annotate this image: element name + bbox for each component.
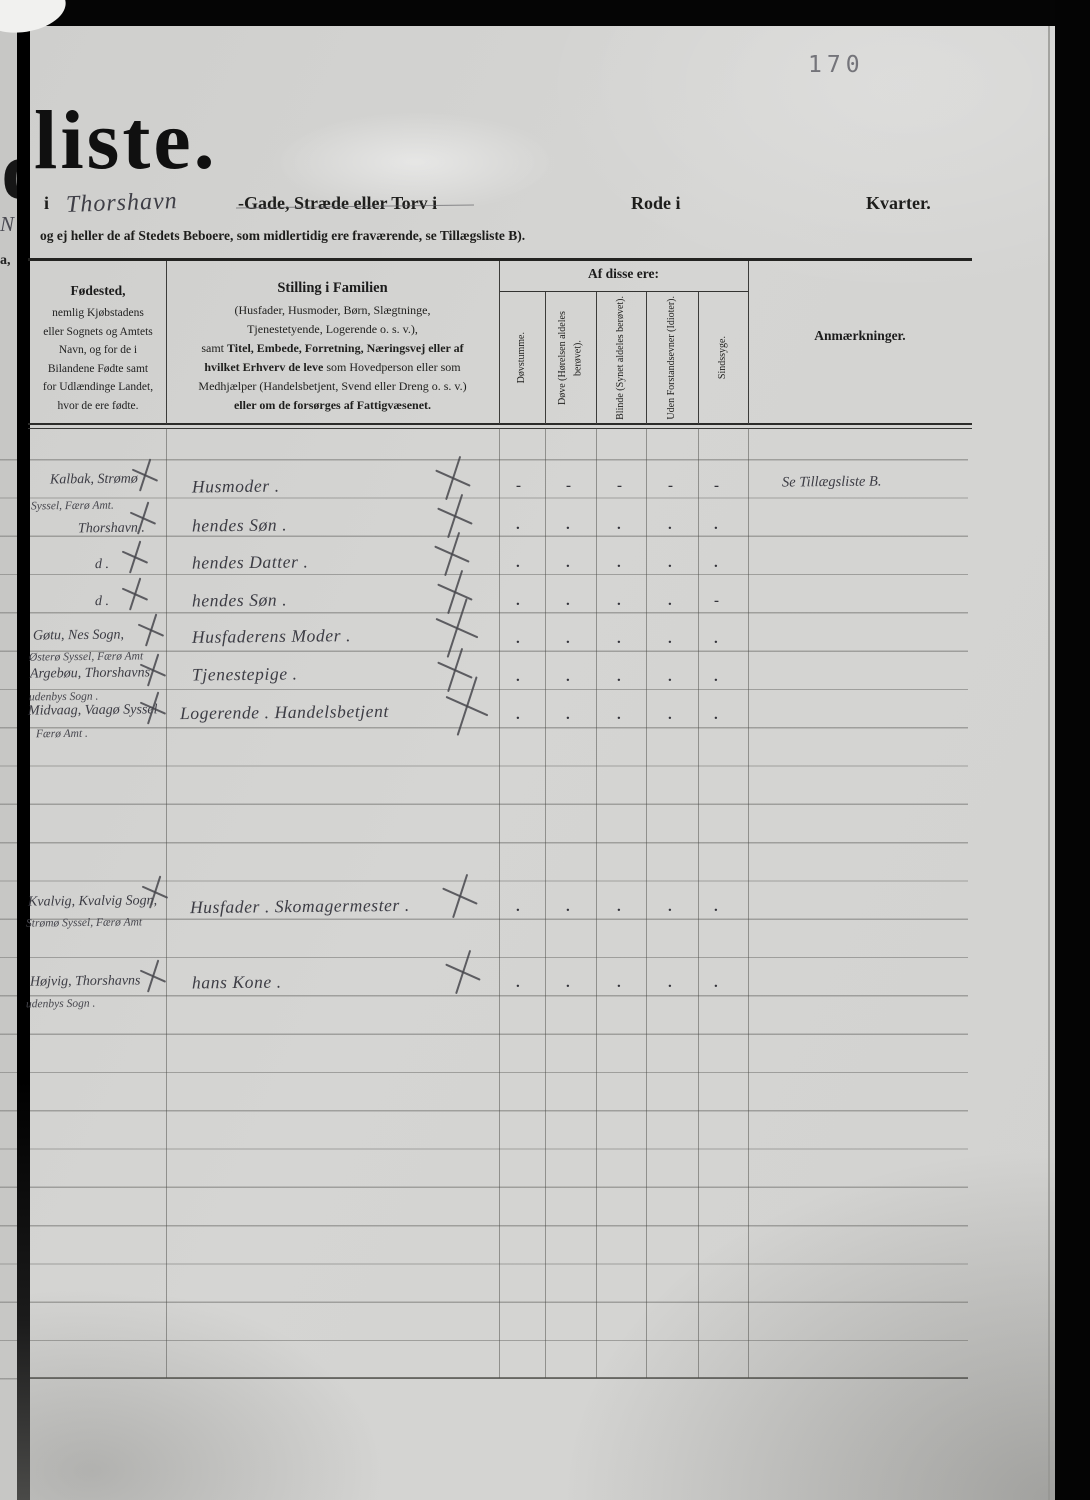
none-mark: . bbox=[714, 669, 718, 686]
none-mark: . bbox=[668, 631, 672, 648]
position-entry: Tjenestepige . bbox=[192, 663, 298, 685]
title-partial-letter: d bbox=[1, 122, 17, 219]
position-entry: Husfader . Skomagermester . bbox=[190, 895, 410, 918]
none-mark: . bbox=[668, 707, 672, 724]
position-entry: hendes Datter . bbox=[192, 551, 309, 573]
none-mark: . bbox=[516, 669, 520, 686]
birthplace-entry-2: udenbys Sogn . bbox=[29, 691, 98, 704]
none-mark: . bbox=[617, 669, 621, 686]
birthplace-entry-2: Syssel, Færø Amt. bbox=[31, 500, 114, 513]
pencil-cross-mark bbox=[140, 872, 170, 912]
none-mark: . bbox=[617, 631, 621, 648]
pencil-cross-mark bbox=[136, 610, 166, 650]
birthplace-column-header: Fødested, nemlig Kjøbstadens eller Sogne… bbox=[30, 262, 166, 424]
paper-right-edge bbox=[1048, 26, 1050, 1500]
none-mark: . bbox=[617, 707, 621, 724]
none-mark: . bbox=[617, 899, 621, 916]
body-column-line bbox=[646, 428, 647, 1378]
none-mark: . bbox=[516, 517, 520, 534]
none-mark: . bbox=[668, 975, 672, 992]
none-mark: . bbox=[668, 669, 672, 686]
body-column-line bbox=[596, 428, 597, 1378]
none-mark: . bbox=[714, 975, 718, 992]
page-number-stamp: 170 bbox=[808, 52, 865, 78]
rode-label: Rode i bbox=[631, 193, 681, 214]
none-mark: . bbox=[516, 975, 520, 992]
none-mark: . bbox=[566, 631, 570, 648]
book-spine-shadow bbox=[17, 0, 30, 1500]
birthplace-entry: Gøtu, Nes Sogn, bbox=[33, 628, 124, 645]
none-mark: . bbox=[566, 975, 570, 992]
scan-background-right bbox=[1055, 0, 1090, 1500]
none-mark: . bbox=[668, 899, 672, 916]
birthplace-entry-2: udenbys Sogn . bbox=[26, 998, 95, 1011]
position-entry: hendes Søn . bbox=[192, 515, 287, 537]
birthplace-entry: d . bbox=[95, 557, 109, 573]
birthplace-entry-2: Østerø Syssel, Færø Amt bbox=[29, 650, 143, 663]
body-column-line bbox=[545, 428, 546, 1378]
note-line: og ej heller de af Stedets Beboere, som … bbox=[40, 228, 525, 244]
none-mark: . bbox=[516, 631, 520, 648]
pencil-cross-mark bbox=[437, 534, 467, 574]
pencil-cross-mark bbox=[120, 574, 150, 614]
none-mark: . bbox=[668, 517, 672, 534]
position-column-header: Stilling i Familien (Husfader, Husmoder,… bbox=[166, 262, 499, 424]
none-mark: - bbox=[714, 478, 719, 495]
position-entry: Logerende . Handelsbetjent bbox=[180, 701, 389, 724]
margin-print-fragment: a, bbox=[0, 253, 11, 269]
group-header: Af disse ere: bbox=[499, 266, 748, 282]
none-mark: . bbox=[617, 593, 621, 610]
birthplace-entry: Kalbak, Strømø bbox=[50, 472, 138, 489]
birthplace-entry: d . bbox=[95, 594, 109, 610]
none-mark: . bbox=[516, 899, 520, 916]
pencil-cross-mark bbox=[138, 688, 168, 728]
none-mark: - bbox=[617, 478, 622, 495]
birthplace-entry: Kvalvig, Kvalvig Sogn, bbox=[28, 893, 157, 910]
pencil-cross-mark bbox=[440, 650, 470, 690]
none-mark: . bbox=[516, 593, 520, 610]
birthplace-entry: Argebøu, Thorshavns bbox=[30, 665, 150, 682]
remark-entry: Se Tillægsliste B. bbox=[782, 473, 882, 491]
pencil-cross-mark bbox=[452, 686, 482, 726]
subcolumn-deaf-mute: Døvstumme. bbox=[499, 292, 545, 424]
none-mark: . bbox=[566, 669, 570, 686]
handwritten-place-name: Thorshavn bbox=[66, 188, 179, 219]
birthplace-entry: Højvig, Thorshavns bbox=[30, 973, 141, 990]
none-mark: - bbox=[516, 478, 521, 495]
body-column-line bbox=[499, 428, 500, 1378]
none-mark: . bbox=[714, 555, 718, 572]
pencil-cross-mark bbox=[440, 496, 470, 536]
position-entry: hans Kone . bbox=[192, 972, 282, 994]
subcolumn-insane: Sindssyge. bbox=[698, 292, 748, 424]
none-mark: . bbox=[566, 517, 570, 534]
birthplace-entry-2: Strømø Syssel, Færø Amt bbox=[26, 916, 142, 929]
remarks-column-header: Anmærkninger. bbox=[748, 262, 972, 424]
subcolumn-idiots: Uden Forstandsevner (Idioter). bbox=[646, 292, 698, 424]
none-mark: . bbox=[714, 631, 718, 648]
subcolumn-blind: Blinde (Synet aldeles berøvet). bbox=[596, 292, 646, 424]
position-entry: hendes Søn . bbox=[192, 590, 287, 612]
none-mark: . bbox=[617, 975, 621, 992]
address-prefix: i bbox=[44, 193, 49, 214]
position-entry: Husfaderens Moder . bbox=[192, 625, 351, 648]
kvarter-label: Kvarter. bbox=[866, 193, 931, 214]
none-mark: . bbox=[668, 593, 672, 610]
none-mark: - bbox=[566, 478, 571, 495]
previous-page-rules bbox=[0, 422, 17, 1380]
none-mark: . bbox=[668, 555, 672, 572]
none-mark: - bbox=[714, 593, 719, 610]
disability-subcolumn-headers: Døvstumme. Døve (Hørelsen aldeles berøve… bbox=[499, 292, 748, 424]
none-mark: . bbox=[566, 899, 570, 916]
pencil-cross-mark bbox=[138, 956, 168, 996]
pencil-cross-mark bbox=[442, 608, 472, 648]
previous-page-sliver: d N a, bbox=[0, 26, 17, 1500]
birthplace-entry-2: Færø Amt . bbox=[36, 728, 88, 741]
pencil-cross-mark bbox=[445, 876, 475, 916]
none-mark: . bbox=[617, 555, 621, 572]
pencil-cross-mark bbox=[120, 537, 150, 577]
none-mark: . bbox=[566, 555, 570, 572]
none-mark: . bbox=[566, 707, 570, 724]
page-title: liste. bbox=[34, 92, 218, 189]
none-mark: . bbox=[516, 555, 520, 572]
none-mark: . bbox=[714, 899, 718, 916]
none-mark: - bbox=[668, 478, 673, 495]
census-page-scan: d N a, 170 liste. i Thorshavn -Gade, Str… bbox=[0, 0, 1090, 1500]
position-entry: Husmoder . bbox=[192, 476, 280, 498]
pencil-cross-mark bbox=[138, 650, 168, 690]
pencil-cross-mark bbox=[440, 572, 470, 612]
pencil-cross-mark bbox=[128, 498, 158, 538]
margin-script-fragment: N bbox=[0, 212, 14, 237]
none-mark: . bbox=[714, 707, 718, 724]
none-mark: . bbox=[617, 517, 621, 534]
scan-background-top bbox=[0, 0, 1090, 26]
none-mark: . bbox=[516, 707, 520, 724]
pencil-cross-mark bbox=[438, 458, 468, 498]
body-column-line bbox=[698, 428, 699, 1378]
pencil-cross-mark bbox=[448, 952, 478, 992]
body-column-line bbox=[748, 428, 749, 1378]
pencil-cross-mark bbox=[130, 455, 160, 495]
subcolumn-deaf: Døve (Hørelsen aldeles berøvet). bbox=[545, 292, 596, 424]
none-mark: . bbox=[714, 517, 718, 534]
none-mark: . bbox=[566, 593, 570, 610]
street-label: -Gade, Stræde eller Torv i bbox=[238, 193, 437, 214]
